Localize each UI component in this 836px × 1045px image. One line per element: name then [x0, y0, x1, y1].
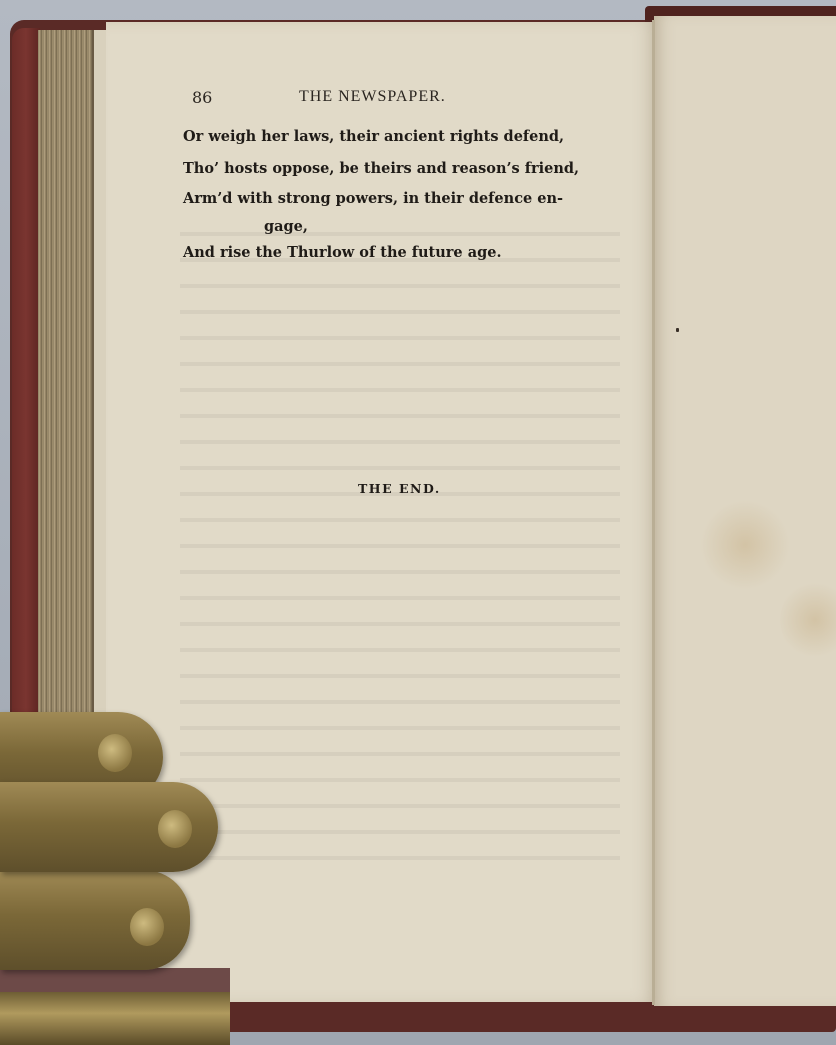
gutter	[652, 20, 655, 1005]
running-title: THE NEWSPAPER.	[299, 88, 446, 106]
verse-line: Or weigh her laws, their ancient rights …	[183, 128, 564, 145]
page-number: 86	[192, 88, 212, 107]
bookend-finger	[0, 870, 190, 970]
running-head: 86 THE NEWSPAPER.	[192, 88, 592, 112]
verse-line: Arm’d with strong powers, in their defen…	[183, 190, 563, 207]
paper-speck	[676, 328, 679, 332]
bookend-base	[0, 992, 230, 1045]
show-through-text	[180, 215, 620, 875]
verse-line-continuation: gage,	[264, 218, 308, 235]
verse-line: And rise the Thurlow of the future age.	[183, 244, 502, 261]
brass-hand-bookend	[0, 700, 230, 1045]
paper-stain	[700, 500, 790, 590]
closing-text: THE END.	[358, 481, 441, 496]
bookend-finger	[0, 782, 218, 872]
verse-line: Tho’ hosts oppose, be theirs and reason’…	[183, 160, 579, 177]
